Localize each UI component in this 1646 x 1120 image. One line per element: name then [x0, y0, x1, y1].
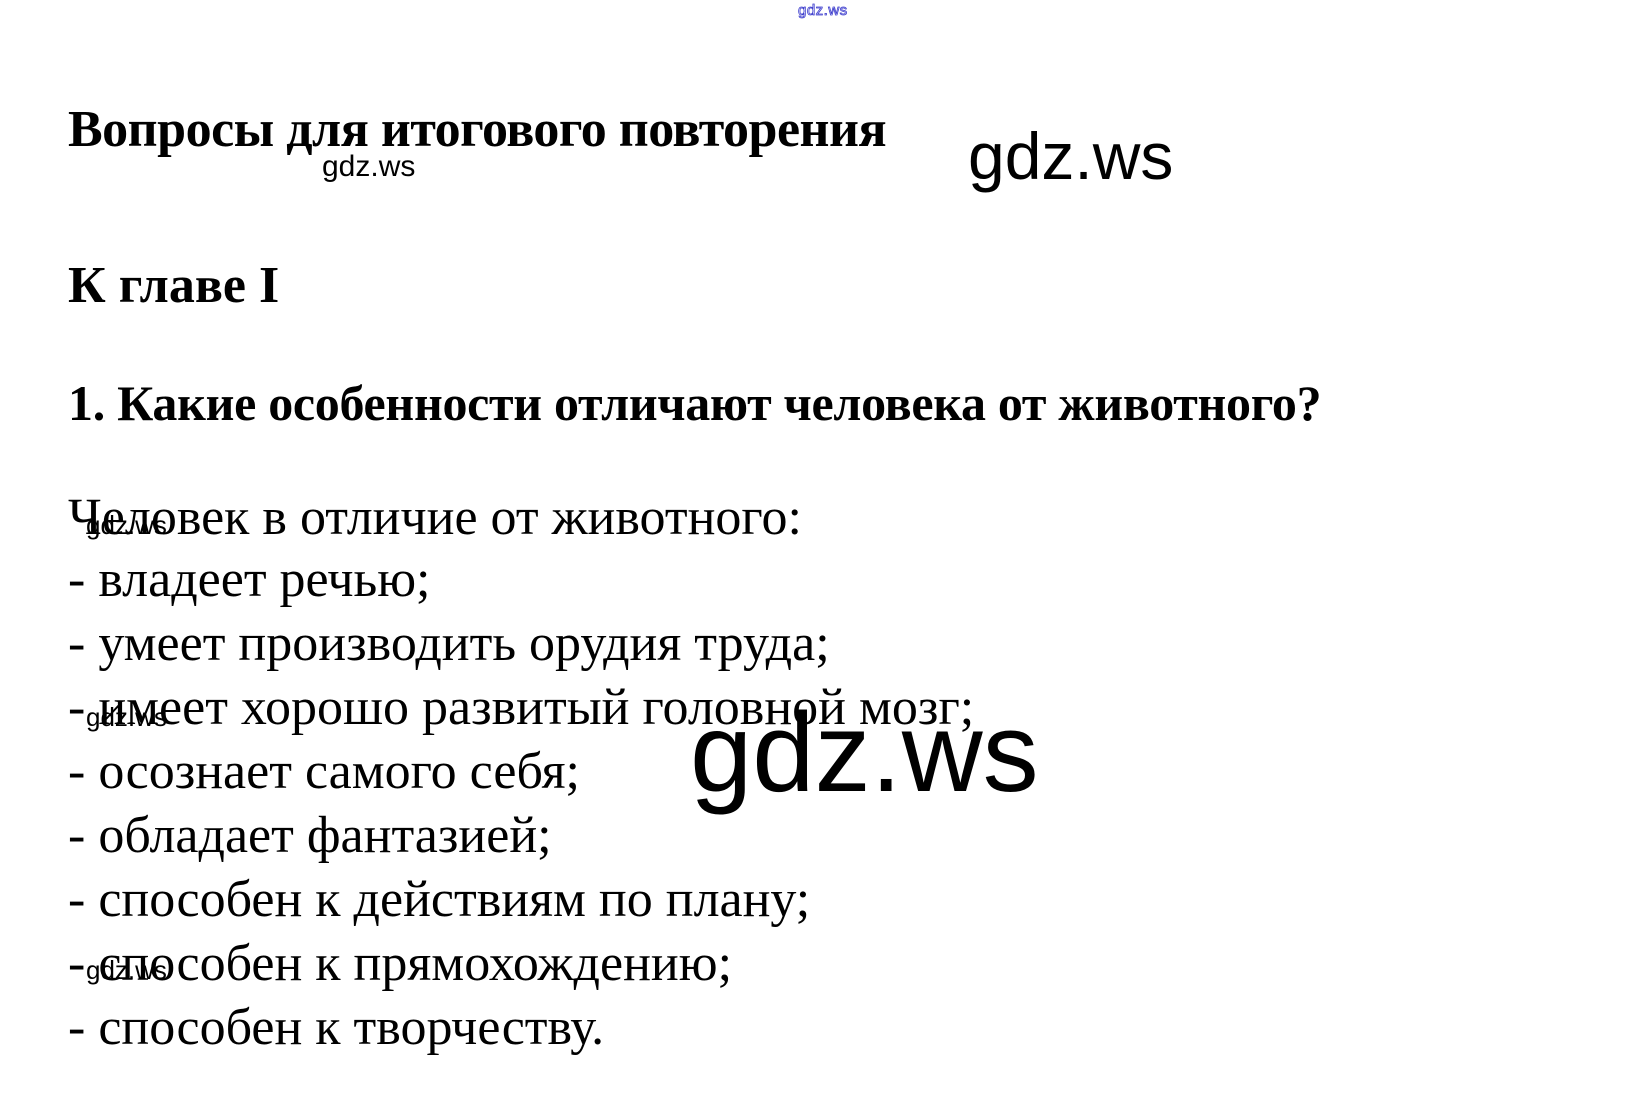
watermark-title-right: gdz.ws — [968, 118, 1173, 194]
list-item: - умеет производить орудия труда; — [68, 614, 830, 673]
list-item: - способен к творчеству. — [68, 998, 604, 1057]
list-item: - способен к прямохождению; — [68, 934, 732, 993]
page-title: Вопросы для итогового повторения — [68, 100, 886, 159]
watermark-center-large: gdz.ws — [690, 688, 1039, 817]
chapter-heading: К главе I — [68, 256, 279, 315]
list-item: - обладает фантазией; — [68, 806, 552, 865]
watermark-list-2: gdz.ws — [86, 702, 167, 733]
watermark-top: gdz.ws — [798, 2, 848, 19]
watermark-list-1: gdz.ws — [86, 510, 167, 541]
list-item: - способен к действиям по плану; — [68, 870, 810, 929]
question-heading: 1. Какие особенности отличают человека о… — [68, 374, 1321, 432]
list-item: - осознает самого себя; — [68, 742, 580, 801]
list-item: - владеет речью; — [68, 550, 431, 609]
answer-intro: Человек в отличие от животного: — [68, 488, 802, 547]
watermark-under-title: gdz.ws — [322, 150, 415, 184]
watermark-list-3: gdz.ws — [86, 955, 167, 986]
